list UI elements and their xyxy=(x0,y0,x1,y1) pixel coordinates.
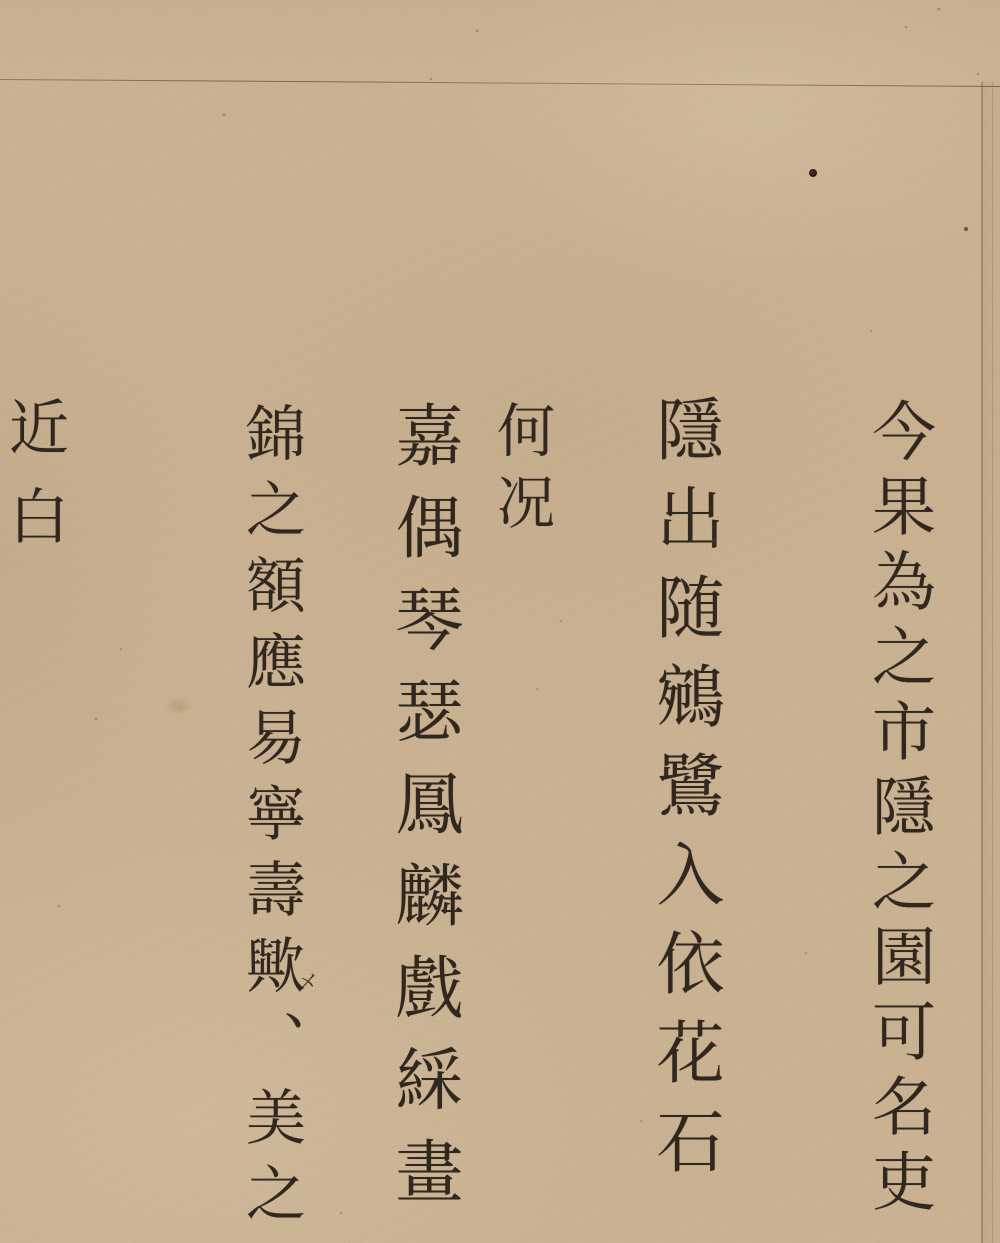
calligraphy-column-6: 近白 xyxy=(4,396,64,574)
calligraphy-column-3: 何况 xyxy=(492,400,550,544)
calligraphy-column-1: 今果為之市隱之園可名吏 xyxy=(866,398,930,1223)
vertical-crease-line xyxy=(981,82,983,1243)
paper-right-edge-shade xyxy=(982,82,1000,1243)
calligraphy-column-2: 隱出随鵷鷺入依花石 xyxy=(650,394,718,1195)
paper-top-band xyxy=(0,0,1000,90)
dark-speck xyxy=(712,539,716,543)
calligraphy-column-4: 嘉偶琴瑟鳳麟戲綵畫 xyxy=(389,400,457,1228)
calligraphy-column-5: 錦之額應易寧壽歟、美之 xyxy=(241,402,301,1238)
red-ink-dot xyxy=(809,169,817,177)
tiny-insertion-mark: 乄 xyxy=(298,968,317,995)
paper-grain-texture xyxy=(0,0,1000,1243)
paper-specks xyxy=(0,0,2,2)
dark-speck xyxy=(964,227,968,231)
manuscript-paper: 今果為之市隱之園可名吏 隱出随鵷鷺入依花石 何况 嘉偶琴瑟鳳麟戲綵畫 錦之額應易… xyxy=(0,0,1000,1243)
vertical-crease-line-soft xyxy=(992,82,993,1243)
paper-smudge xyxy=(164,696,194,716)
